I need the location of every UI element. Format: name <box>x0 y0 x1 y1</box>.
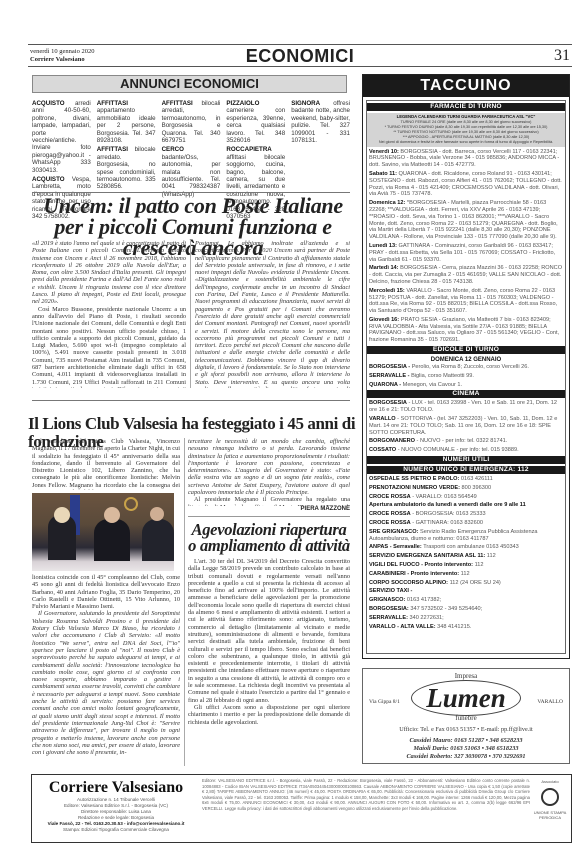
ad-text: appartamento ammobiliato ideale per 2 pe… <box>97 107 156 144</box>
article-paragraph: Il presidente del Lions Club Valsesia, V… <box>32 438 180 490</box>
number-value: - VARALLO: 0163 564549 <box>411 494 477 500</box>
usp-logo-icon <box>541 788 559 806</box>
day-label: Venerdì 10: <box>369 149 399 155</box>
day-text: *BORGOSESIA - Martelli, piazza Parrocchi… <box>369 200 558 240</box>
pharmacy-day: Mercoledì 15: VARALLO - Sacro Monte, dot… <box>369 288 563 315</box>
number-label: SERRAVALLE: <box>369 615 408 621</box>
number-value: 348 4141215. <box>436 624 472 630</box>
number-label: Apertura ambulatorio da lunedì a venerdì… <box>369 502 526 508</box>
person-head <box>150 507 164 521</box>
lions-column-1: Il presidente del Lions Club Valsesia, V… <box>32 438 180 490</box>
number-label: CROCE ROSSA <box>369 494 411 500</box>
number-label: OSPEDALE SS PIETRO E PAOLO: <box>369 476 459 482</box>
pharmacy-day: Venerdì 10: BORGOSESIA - dott. Barreca, … <box>369 149 563 169</box>
ad-text: arredi anni 40-50-60, poltrone, divani, … <box>32 100 91 174</box>
page-header: venerdì 10 gennaio 2020 Corriere Valsesi… <box>28 44 572 67</box>
article-paragraph: Al presidente Magnano il Governatore ha … <box>188 496 350 506</box>
pharmacies-title: FARMACIE DI TURNO <box>367 103 565 111</box>
number-value: - BORGOSESIA: 0163 25333 <box>411 511 486 517</box>
pharmacy-day: Martedì 14: BORGOSESIA - Cerra, piazza M… <box>369 265 563 285</box>
cinema-item: BORGOMANERO - NUOVO - per info: tel. 032… <box>369 438 563 445</box>
ad-keyword: SIGNORA <box>291 100 320 107</box>
number-label: CROCE ROSSA <box>369 511 411 517</box>
place-text: Biglia, corso Matteotti 99. <box>410 373 474 379</box>
number-label: SRE GRIGNASCO: <box>369 529 418 535</box>
useful-number: SERVIZIO EMERGENZA SANITARIA ASL 11: 112 <box>369 553 563 560</box>
day-text: BORGOSESIA - Cerra, piazza Mazzini 36 - … <box>369 265 562 285</box>
lions-column-1b: lionistica coincide con il 45° compleann… <box>32 574 180 764</box>
cinema-item: BORGOSESIA - LUX - tel. 0163 23998 - Ven… <box>369 400 563 414</box>
number-label: PRENOTAZIONI NUMERO VERDE: <box>369 485 460 491</box>
ad-keyword: ROCCAPIETRA <box>226 146 271 153</box>
newsstands-subtitle: DOMENICA 12 GENNAIO <box>369 356 563 364</box>
day-text: GATTINARA - Cominazzini, corso Garibaldi… <box>369 243 555 263</box>
classified-ad: AFFITTASI appartamento ammobiliato ideal… <box>97 100 156 144</box>
cinema-item: COSSATO - NUOVO COMUNALE - per info: tel… <box>369 447 563 454</box>
ad-top-label: Impresa <box>363 672 569 680</box>
person-figure <box>94 519 130 561</box>
number-value: Trasporti con ambulanze 0163 450343 <box>422 544 519 550</box>
article-paragraph: Postamat. Le abbiamo inoltrate all'azien… <box>195 240 350 388</box>
pharmacy-day: Giovedì 16: PRATO SESIA - Graziano, via … <box>369 317 563 344</box>
place-label: COSSATO <box>369 447 396 453</box>
day-label: Sabato 11: <box>369 171 397 177</box>
article-paragraph: L'art. 30 ter del DL 34/2019 del Decreto… <box>188 558 350 704</box>
ad-contact: Cassidei Roberto: 327 3030078 • 370 3292… <box>363 753 569 760</box>
day-label: Lunedì 13: <box>369 243 397 249</box>
page-number: 31 <box>554 47 570 65</box>
ad-keyword: AFFITTASI <box>162 100 193 107</box>
column-divider <box>184 438 185 766</box>
page-footer: Corriere Valsesiano Autorizzazione n. 14… <box>31 774 572 843</box>
ad-keyword: PIZZAIOLO <box>226 100 259 107</box>
place-label: QUARONA - <box>369 382 401 388</box>
article-paragraph: tercettare le necessità di un mondo che … <box>188 438 350 496</box>
useful-number: SERVIZIO TAXI - <box>369 588 563 595</box>
ad-keyword: AFFITTASI <box>97 100 128 107</box>
ad-keyword: CERCO <box>162 146 184 153</box>
day-label: Giovedì 16: <box>369 317 399 323</box>
number-label: SERVIZIO TAXI - <box>369 588 412 594</box>
article-paragraph: Il Governatore, salutando la presidente … <box>32 610 180 756</box>
number-label: BORGOSESIA: <box>369 606 409 612</box>
classified-ad: AFFITTASI bilocale arredato. Borgosesia,… <box>97 146 156 190</box>
classified-ad: PIZZAIOLO cameriere con esperienza, 39en… <box>226 100 285 144</box>
classified-ad: SIGNORA offresi badante notte, anche wee… <box>291 100 350 144</box>
agevolazioni-body: L'art. 30 ter del DL 34/2019 del Decreto… <box>188 558 350 766</box>
ad-text: offresi badante notte, anche weekend, ba… <box>291 100 350 144</box>
useful-number: VIGILI DEL FUOCO - Pronto intervento: 11… <box>369 562 563 569</box>
number-label: CARABINIERI - Pronto intervento: <box>369 571 459 577</box>
pharmacies-legend: LEGENDA CALENDARIO TURNI GUARDIA FARMACE… <box>367 113 565 147</box>
newsstand-item: QUARONA - Menegon, via Cavour 1. <box>369 382 563 389</box>
place-text: Perolio, via Roma 8; Zuccolo, corso Verc… <box>410 364 529 370</box>
lions-column-2: tercettare le necessità di un mondo che … <box>188 438 350 506</box>
headline-line: o ampliamento di attività <box>188 536 350 555</box>
section-title: ECONOMICI <box>28 46 572 67</box>
cinema-title: CINEMA <box>367 390 565 398</box>
number-label: CORPO SOCCORSO ALPINO: <box>369 580 448 586</box>
person-figure <box>142 519 174 561</box>
useful-number: VARALLO - ALTA VALLE: 348 4141215. <box>369 624 563 631</box>
masthead-line: Viale Fassò, 22 - Tel. 0163.20.30.53 - i… <box>48 821 185 826</box>
place-text: - NUOVO - per info: tel. 0322 81741. <box>415 438 507 444</box>
newsstand-item: SERRAVALLE - Biglia, corso Matteotti 99. <box>369 373 563 380</box>
day-text: QUARONA - dott. Ricaldone, corso Roland … <box>369 171 562 197</box>
number-label: ANPAS - Serravalle: <box>369 544 422 550</box>
ad-keyword: AFFITTASI <box>97 146 128 153</box>
number-label: VIGILI DEL FUOCO - Pronto intervento: <box>369 562 473 568</box>
article-quote: «Il 2019 è stato l'anno nel quale si è c… <box>32 240 186 305</box>
association-name: UNIONE STAMPA PERIODICA <box>533 810 567 820</box>
number-value: 0163 426111 <box>459 476 492 482</box>
useful-number: CROCE ROSSA - GATTINARA: 0163 832600 <box>369 520 563 527</box>
taccuino-box: TACCUINO FARMACIE DI TURNO LEGENDA CALEN… <box>362 74 570 659</box>
ad-contact: Cassidei Mauro: 0163 51287 • 348 6528233 <box>363 737 569 744</box>
useful-number: ANPAS - Serravalle: Trasporti con ambula… <box>369 544 563 551</box>
article-paragraph: Così Marco Bussone, presidente nazionale… <box>32 306 186 388</box>
cinema-item: VARALLO - SOTTORIVA - (tel. 347 3252203)… <box>369 416 563 436</box>
pharmacy-day: Sabato 11: QUARONA - dott. Ricaldone, co… <box>369 171 563 198</box>
useful-number: BORGOSESIA: 347 5732502 - 349 5254640; <box>369 606 563 613</box>
legend-line: *** APPOGGIO - APERTURA FESTIVA AL MATTI… <box>403 135 529 139</box>
place-text: - SOTTORIVA - (tel. 347 3252203) - Ven. … <box>369 416 557 436</box>
emergency-number: NUMERO UNICO DI EMERGENZA: 112 <box>367 466 565 474</box>
ad-address: Via Gippa 8/1 <box>369 699 400 705</box>
legend-line: Nei giorni di domenica e festivi le altr… <box>379 140 553 144</box>
classified-ad: AFFITTASI bilocali arredati, termoautono… <box>162 100 221 144</box>
masthead-block: Corriere Valsesiano Autorizzazione n. 14… <box>36 779 196 833</box>
day-label: Martedì 14: <box>369 265 399 271</box>
article-paragraph: Gli uffici Ascom sono a disposizione per… <box>188 704 350 726</box>
useful-number: CARABINIERI - Pronto intervento: 112 <box>369 571 563 578</box>
useful-number: PRENOTAZIONI NUMERO VERDE: 800 396300 <box>369 485 563 492</box>
classified-ad: CERCO badante/Oss, autonomia, per malata… <box>162 146 221 198</box>
association-badge: Associato UNIONE STAMPA PERIODICA <box>533 779 567 820</box>
useful-number: SERRAVALLE: 340 2272631; <box>369 615 563 622</box>
day-label: Mercoledì 15: <box>369 288 405 294</box>
classifieds-title: ANNUNCI ECONOMICI <box>32 75 347 93</box>
number-value: 0163 417382; <box>405 597 441 603</box>
place-text: Menegon, via Cavour 1. <box>401 382 462 388</box>
number-value: 112 <box>459 571 469 577</box>
useful-number: SRE GRIGNASCO: Servizio Radio Emergenza … <box>369 529 563 543</box>
classified-ad: ACQUISTO arredi anni 40-50-60, poltrone,… <box>32 100 91 174</box>
divider <box>188 516 350 517</box>
number-label: CROCE ROSSA <box>369 520 411 526</box>
uncem-column-2: Postamat. Le abbiamo inoltrate all'azien… <box>195 240 350 388</box>
number-label: SERVIZIO EMERGENZA SANITARIA ASL 11: <box>369 553 485 559</box>
taccuino-title: TACCUINO <box>363 75 569 97</box>
ad-keyword: ACQUISTO <box>32 176 65 183</box>
number-value: 800 396300 <box>460 485 491 491</box>
place-label: BORGOMANERO <box>369 438 415 444</box>
number-value: 112 <box>485 553 495 559</box>
masthead-line: Stampa: Edizioni Tipografia Commerciale … <box>36 827 196 833</box>
place-text: - NUOVO COMUNALE - per info: tel. 015 93… <box>396 447 519 453</box>
uncem-column-1: «Il 2019 è stato l'anno nel quale si è c… <box>32 240 186 388</box>
newsstand-item: BORGOSESIA - Perolio, via Roma 8; Zuccol… <box>369 364 563 371</box>
article-paragraph: lionistica coincide con il 45° compleann… <box>32 574 180 610</box>
useful-number: OSPEDALE SS PIETRO E PAOLO: 0163 426111 <box>369 476 563 483</box>
divider <box>32 400 350 401</box>
ad-brand-name: Lumen <box>363 683 569 713</box>
number-value: - GATTINARA: 0163 832600 <box>411 520 483 526</box>
ad-text: cameriere con esperienza, 39enne, cerca … <box>226 107 285 144</box>
useful-number: GRIGNASCO: 0163 417382; <box>369 597 563 604</box>
ad-bottom-label: funebre <box>363 714 569 722</box>
lions-photo <box>32 493 174 571</box>
useful-numbers-title: NUMERI UTILI <box>367 456 565 464</box>
newsstands-title: EDICOLE DI TURNO <box>367 346 565 354</box>
useful-number: CROCE ROSSA - BORGOSESIA: 0163 25333 <box>369 511 563 518</box>
lumen-funeral-ad: Impresa Lumen funebre Via Gippa 8/1 VARA… <box>362 668 570 764</box>
number-label: VARALLO - ALTA VALLE: <box>369 624 436 630</box>
place-label: SERRAVALLE - <box>369 373 410 379</box>
taccuino-content: FARMACIE DI TURNO LEGENDA CALENDARIO TUR… <box>366 100 566 654</box>
legend-line: TURNO FERIALE 24 ORE (dalle ore 8,30 all… <box>401 120 532 124</box>
ad-city: VARALLO <box>537 699 563 705</box>
number-label: GRIGNASCO: <box>369 597 405 603</box>
useful-number: CROCE ROSSA - VARALLO: 0163 564549 <box>369 494 563 501</box>
day-label: Domenica 12: <box>369 200 405 206</box>
number-value: 347 5732502 - 349 5254640; <box>409 606 482 612</box>
legend-line: ** TURNO FESTIVO NOTTURNO (dalle ore 19,… <box>393 130 538 134</box>
place-label: BORGOSESIA - <box>369 364 410 370</box>
useful-number: CORPO SOCCORSO ALPINO: 112 (24 ORE SU 24… <box>369 580 563 587</box>
column-divider <box>190 240 191 388</box>
place-label: BORGOSESIA <box>369 400 407 406</box>
lions-logo <box>124 497 138 511</box>
masthead-logo: Corriere Valsesiano <box>36 779 196 797</box>
person-head <box>54 507 70 523</box>
useful-number: Apertura ambulatorio da lunedì a venerdì… <box>369 502 563 509</box>
association-label: Associato <box>533 779 567 784</box>
number-value: 112 <box>473 562 483 568</box>
ad-contact: Maioli Daris: 0163 51063 • 348 6518233 <box>363 745 569 752</box>
pharmacy-day: Lunedì 13: GATTINARA - Cominazzini, cors… <box>369 243 563 263</box>
agevolazioni-headline: Agevolazioni riapertura o ampliamento di… <box>180 522 358 554</box>
number-value: 340 2272631; <box>408 615 444 621</box>
publisher-info: Editore: VALSESIANO EDITRICE s.r.l. - Bo… <box>202 778 530 812</box>
ad-keyword: ACQUISTO <box>32 100 65 107</box>
person-head <box>104 507 120 523</box>
place-label: VARALLO <box>369 416 396 422</box>
pharmacy-day: Domenica 12: *BORGOSESIA - Martelli, pia… <box>369 200 563 241</box>
author-signature: PIERA MAZZONE <box>188 506 350 512</box>
ad-office-contact: Ufficio: Tel. e Fax 0163 51357 • E-mail:… <box>363 726 569 733</box>
legend-line: * TURNO FESTIVO DIURNO (dalle 8,30 alle … <box>385 125 548 129</box>
number-value: 112 (24 ORE SU 24) <box>448 580 501 586</box>
legend-line: LEGENDA CALENDARIO TURNI GUARDIA FARMACE… <box>397 114 536 119</box>
